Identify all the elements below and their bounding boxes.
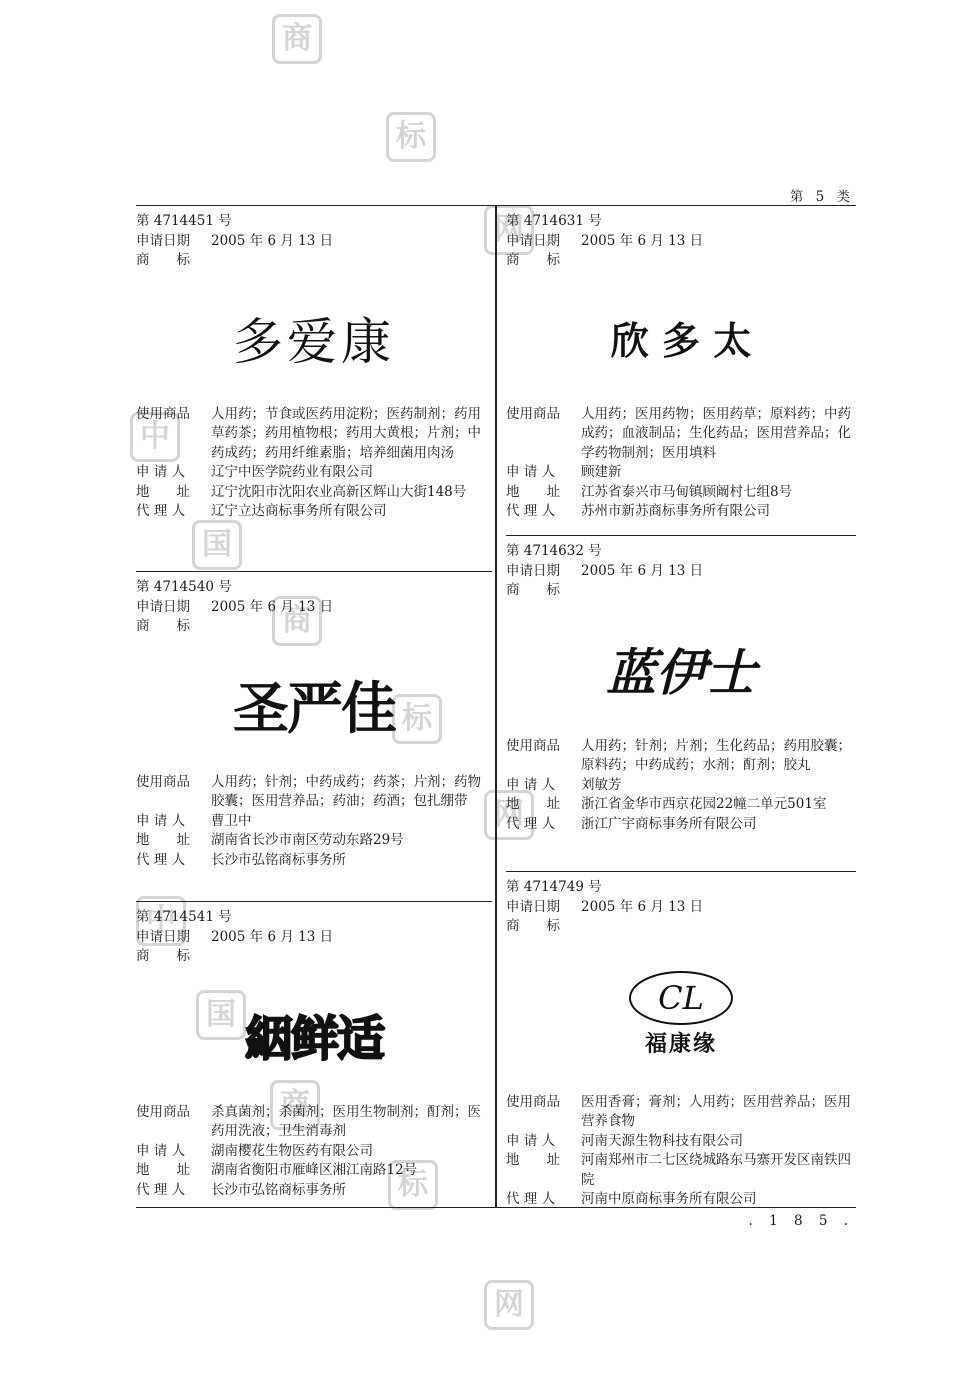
trademark-image: CL 福康缘 xyxy=(506,937,856,1093)
address-label: 地 址 xyxy=(506,795,581,815)
applicant: 河南天源生物科技有限公司 xyxy=(581,1132,856,1152)
trademark-text: 福康缘 xyxy=(645,1027,717,1058)
mark-label: 商 标 xyxy=(506,917,581,937)
applicant: 顾建新 xyxy=(581,463,856,483)
agent-label: 代 理 人 xyxy=(506,815,581,835)
registration-number: 第 4714749 号 xyxy=(506,878,856,898)
application-date: 2005 年 6 月 13 日 xyxy=(581,562,856,582)
application-date: 2005 年 6 月 13 日 xyxy=(211,598,492,618)
mark-label: 商 标 xyxy=(506,581,581,601)
address-label: 地 址 xyxy=(136,831,211,851)
date-label: 申请日期 xyxy=(136,598,211,618)
trademark-text: 絪鲜适 xyxy=(245,1000,383,1069)
watermark-glyph: 商 xyxy=(272,14,322,64)
mark-label: 商 标 xyxy=(136,251,211,271)
agent: 浙江广宇商标事务所有限公司 xyxy=(581,815,856,835)
trademark-text: 多爱康 xyxy=(233,302,395,374)
application-date: 2005 年 6 月 13 日 xyxy=(211,928,492,948)
applicant: 刘敏芳 xyxy=(581,776,856,796)
goods-list: 医用香膏；膏剂；人用药；医用营养品；医用营养食物 xyxy=(581,1093,856,1132)
trademark-entry: 第 4714632 号 申请日期2005 年 6 月 13 日 商 标 蓝伊士 … xyxy=(506,536,856,872)
date-label: 申请日期 xyxy=(136,232,211,252)
trademark-entry: 第 4714541 号 申请日期2005 年 6 月 13 日 商 标 絪鲜适 … xyxy=(136,902,492,1200)
application-date: 2005 年 6 月 13 日 xyxy=(581,898,856,918)
trademark-entry: 第 4714749 号 申请日期2005 年 6 月 13 日 商 标 CL 福… xyxy=(506,872,856,1210)
trademark-logo-letters: CL xyxy=(658,979,704,1017)
goods-list: 人用药；节食或医药用淀粉；医药制剂；药用草药茶；药用植物根；药用大黄根；片剂；中… xyxy=(211,405,492,464)
goods-list: 杀真菌剂；杀菌剂；医用生物制剂；酊剂；医药用洗液；卫生消毒剂 xyxy=(211,1103,492,1142)
trademark-image: 多爱康 xyxy=(136,271,492,405)
trademark-logo-ellipse: CL xyxy=(629,971,733,1025)
applicant-label: 申 请 人 xyxy=(506,776,581,796)
applicant-label: 申 请 人 xyxy=(136,1142,211,1162)
trademark-entry: 第 4714540 号 申请日期2005 年 6 月 13 日 商 标 圣严佳 … xyxy=(136,572,492,902)
address: 浙江省金华市西京花园22幢二单元501室 xyxy=(581,795,856,815)
applicant: 湖南樱花生物医药有限公司 xyxy=(211,1142,492,1162)
column-divider xyxy=(495,206,497,1207)
mark-label: 商 标 xyxy=(506,251,581,271)
date-label: 申请日期 xyxy=(136,928,211,948)
goods-list: 人用药；医用药物；医用药草；原料药；中药成药；血液制品；生化药品；医用营养品；化… xyxy=(581,405,856,464)
application-date: 2005 年 6 月 13 日 xyxy=(211,232,492,252)
agent: 长沙市弘铭商标事务所 xyxy=(211,1181,492,1201)
mark-label: 商 标 xyxy=(136,617,211,637)
goods-label: 使用商品 xyxy=(136,773,211,812)
page-number: . 1 8 5 . xyxy=(748,1213,854,1229)
trademark-entry: 第 4714631 号 申请日期2005 年 6 月 13 日 商 标 欣 多 … xyxy=(506,206,856,536)
trademark-image: 圣严佳 xyxy=(136,637,492,773)
address: 湖南省长沙市南区劳动东路29号 xyxy=(211,831,492,851)
trademark-image: 絪鲜适 xyxy=(136,967,492,1103)
left-column: 第 4714451 号 申请日期2005 年 6 月 13 日 商 标 多爱康 … xyxy=(136,206,492,1200)
agent-label: 代 理 人 xyxy=(136,851,211,871)
trademark-text: 蓝伊士 xyxy=(606,633,756,705)
right-column: 第 4714631 号 申请日期2005 年 6 月 13 日 商 标 欣 多 … xyxy=(506,206,856,1210)
registration-number: 第 4714451 号 xyxy=(136,212,492,232)
applicant-label: 申 请 人 xyxy=(506,463,581,483)
address: 湖南省衡阳市雁峰区湘江南路12号 xyxy=(211,1161,492,1181)
agent-label: 代 理 人 xyxy=(136,1181,211,1201)
goods-label: 使用商品 xyxy=(506,405,581,464)
applicant-label: 申 请 人 xyxy=(506,1132,581,1152)
mark-label: 商 标 xyxy=(136,947,211,967)
registration-number: 第 4714631 号 xyxy=(506,212,856,232)
class-label: 第 5 类 xyxy=(790,185,854,205)
agent: 长沙市弘铭商标事务所 xyxy=(211,851,492,871)
address: 辽宁沈阳市沈阳农业高新区辉山大街148号 xyxy=(211,483,492,503)
application-date: 2005 年 6 月 13 日 xyxy=(581,232,856,252)
applicant: 辽宁中医学院药业有限公司 xyxy=(211,463,492,483)
registration-number: 第 4714540 号 xyxy=(136,578,492,598)
date-label: 申请日期 xyxy=(506,232,581,252)
agent: 辽宁立达商标事务所有限公司 xyxy=(211,502,492,522)
trademark-image: 蓝伊士 xyxy=(506,601,856,737)
date-label: 申请日期 xyxy=(506,898,581,918)
watermark-glyph: 标 xyxy=(386,112,436,162)
trademark-entry: 第 4714451 号 申请日期2005 年 6 月 13 日 商 标 多爱康 … xyxy=(136,206,492,572)
trademark-image: 欣 多 太 xyxy=(506,271,856,405)
registration-number: 第 4714541 号 xyxy=(136,908,492,928)
address: 河南郑州市二七区绕城路东马寨开发区南铁四院 xyxy=(581,1151,856,1190)
address: 江苏省泰兴市马甸镇顾阚村七组8号 xyxy=(581,483,856,503)
agent: 苏州市新苏商标事务所有限公司 xyxy=(581,502,856,522)
applicant: 曹卫中 xyxy=(211,812,492,832)
goods-list: 人用药；针剂；中药成药；药茶；片剂；药物胶囊；医用营养品；药油；药酒；包扎绷带 xyxy=(211,773,492,812)
bottom-rule xyxy=(136,1207,856,1208)
address-label: 地 址 xyxy=(506,483,581,503)
agent-label: 代 理 人 xyxy=(136,502,211,522)
goods-label: 使用商品 xyxy=(136,405,211,464)
address-label: 地 址 xyxy=(136,483,211,503)
goods-label: 使用商品 xyxy=(136,1103,211,1142)
goods-label: 使用商品 xyxy=(506,1093,581,1132)
applicant-label: 申 请 人 xyxy=(136,463,211,483)
agent-label: 代 理 人 xyxy=(506,502,581,522)
trademark-text: 欣 多 太 xyxy=(611,310,751,365)
goods-label: 使用商品 xyxy=(506,737,581,776)
address-label: 地 址 xyxy=(136,1161,211,1181)
goods-list: 人用药；针剂；片剂；生化药品；药用胶囊；原料药；中药成药；水剂；酊剂；胶丸 xyxy=(581,737,856,776)
address-label: 地 址 xyxy=(506,1151,581,1190)
applicant-label: 申 请 人 xyxy=(136,812,211,832)
registration-number: 第 4714632 号 xyxy=(506,542,856,562)
trademark-text: 圣严佳 xyxy=(233,665,395,745)
watermark-glyph: 网 xyxy=(484,1280,534,1330)
date-label: 申请日期 xyxy=(506,562,581,582)
